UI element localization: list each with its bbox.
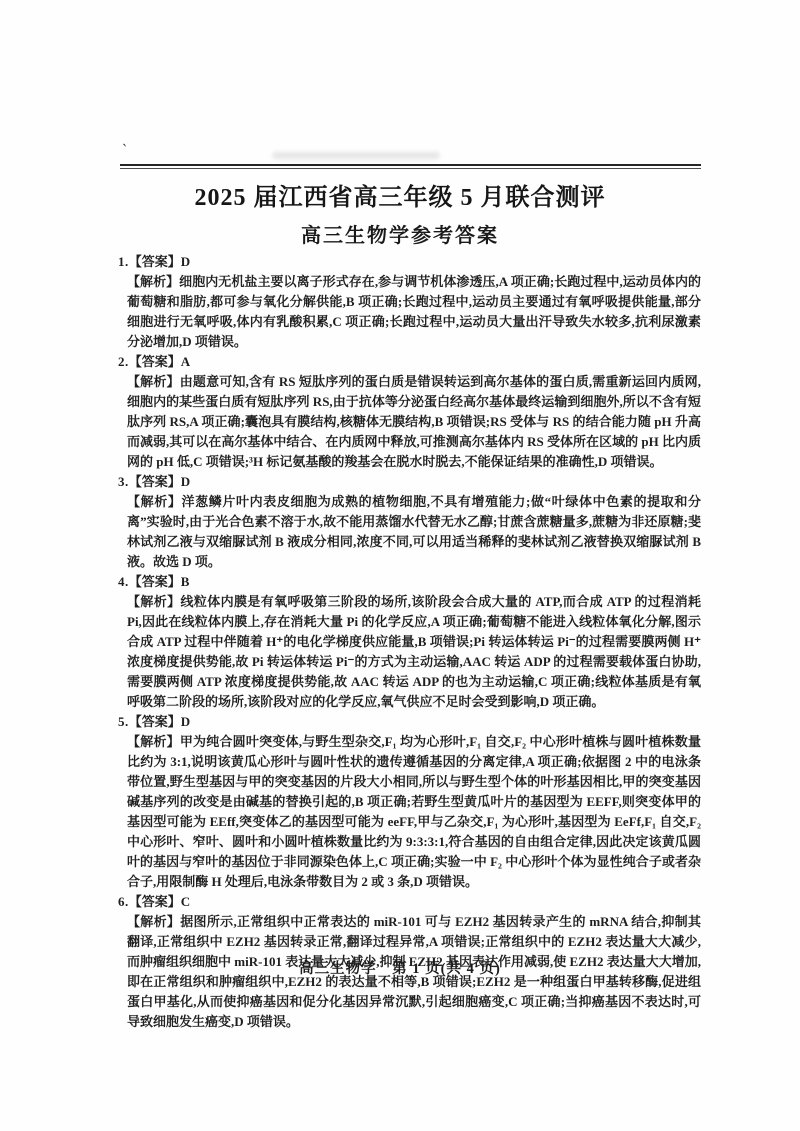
question-number: 1.: [118, 254, 129, 269]
answer-line: 2.【答案】A: [118, 352, 701, 372]
page-title: 2025 届江西省高三年级 5 月联合测评: [0, 177, 800, 212]
question-item-2: 2.【答案】A 【解析】由题意可知,含有 RS 短肽序列的蛋白质是错误转运到高尔…: [118, 352, 701, 472]
analysis-text: 【解析】洋葱鳞片叶内表皮细胞为成熟的植物细胞,不具有增殖能力;做“叶绿体中色素的…: [127, 492, 701, 572]
question-number: 3.: [118, 474, 129, 489]
answer-label: 【答案】A: [129, 354, 190, 369]
question-item-4: 4.【答案】B 【解析】线粒体内膜是有氧呼吸第三阶段的场所,该阶段会合成大量的 …: [118, 572, 701, 712]
question-number: 6.: [118, 894, 129, 909]
answer-label: 【答案】D: [129, 474, 190, 489]
question-number: 5.: [118, 714, 129, 729]
question-item-3: 3.【答案】D 【解析】洋葱鳞片叶内表皮细胞为成熟的植物细胞,不具有增殖能力;做…: [118, 472, 701, 572]
answer-line: 4.【答案】B: [118, 572, 701, 592]
answer-line: 1.【答案】D: [118, 252, 701, 272]
answer-line: 3.【答案】D: [118, 472, 701, 492]
answer-line: 5.【答案】D: [118, 712, 701, 732]
question-item-5: 5.【答案】D 【解析】甲为纯合圆叶突变体,与野生型杂交,F₁ 均为心形叶,F₁…: [118, 712, 701, 892]
answer-label: 【答案】D: [129, 254, 190, 269]
scan-smudge: [272, 152, 440, 159]
analysis-text: 【解析】甲为纯合圆叶突变体,与野生型杂交,F₁ 均为心形叶,F₁ 自交,F₂ 中…: [127, 732, 701, 892]
page-footer: 高三生物学 第 1 页(共 4 页): [0, 959, 800, 979]
page-subtitle: 高三生物学参考答案: [0, 219, 800, 248]
document-header: 2025 届江西省高三年级 5 月联合测评 高三生物学参考答案: [0, 177, 800, 248]
question-item-1: 1.【答案】D 【解析】细胞内无机盐主要以离子形式存在,参与调节机体渗透压,A …: [118, 252, 701, 352]
question-number: 2.: [118, 354, 129, 369]
analysis-text: 【解析】线粒体内膜是有氧呼吸第三阶段的场所,该阶段会合成大量的 ATP,而合成 …: [127, 592, 701, 712]
answer-label: 【答案】B: [129, 574, 190, 589]
header-rule: [120, 164, 701, 169]
answer-line: 6.【答案】C: [118, 892, 701, 912]
analysis-text: 【解析】由题意可知,含有 RS 短肽序列的蛋白质是错误转运到高尔基体的蛋白质,需…: [127, 372, 701, 472]
scan-corner-mark: `: [120, 142, 128, 161]
analysis-text: 【解析】细胞内无机盐主要以离子形式存在,参与调节机体渗透压,A 项正确;长跑过程…: [127, 272, 701, 352]
scanned-page: ` 2025 届江西省高三年级 5 月联合测评 高三生物学参考答案 1.【答案】…: [0, 0, 800, 1131]
answer-label: 【答案】C: [129, 894, 190, 909]
answer-label: 【答案】D: [129, 714, 190, 729]
answers-content: 1.【答案】D 【解析】细胞内无机盐主要以离子形式存在,参与调节机体渗透压,A …: [118, 252, 701, 1032]
question-number: 4.: [118, 574, 129, 589]
